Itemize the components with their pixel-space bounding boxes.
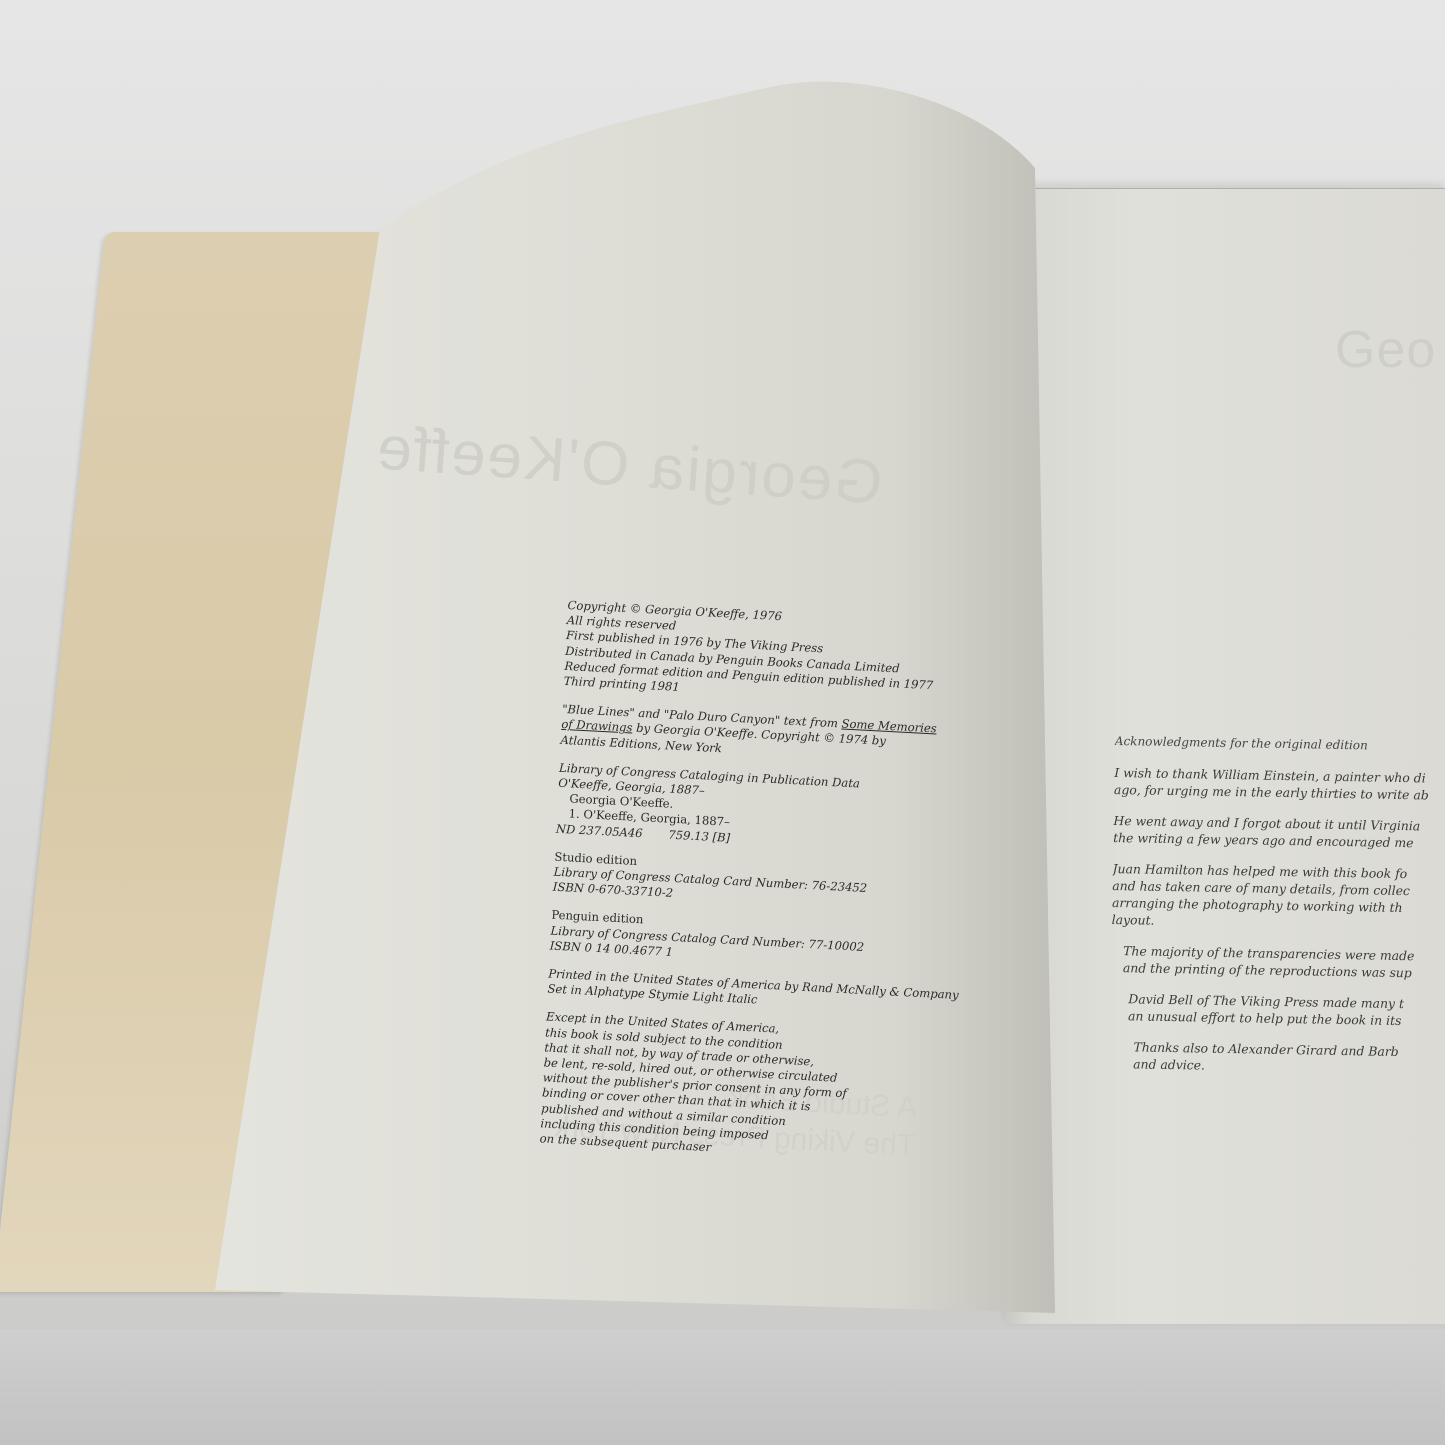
copyright-page-text: Copyright © Georgia O'Keeffe, 1976 All r… <box>539 598 1008 1183</box>
ack-paragraph: Thanks also to Alexander Girard and Barb… <box>1109 1038 1445 1078</box>
dewey-number: 759.13 [B] <box>668 827 730 844</box>
printing-info: Printed in the United States of America … <box>547 967 988 1020</box>
ack-paragraph: He went away and I forgot about it until… <box>1113 812 1445 852</box>
ack-paragraph: Juan Hamilton has helped me with this bo… <box>1112 860 1445 934</box>
ack-paragraph: The majority of the transparencies were … <box>1111 942 1445 982</box>
cip-data: Library of Congress Cataloging in Public… <box>555 761 998 860</box>
sale-conditions: Except in the United States of America, … <box>539 1010 986 1170</box>
right-page-ghost-text: Geo <box>1335 320 1436 380</box>
ack-paragraph: David Bell of The Viking Press made many… <box>1110 990 1445 1030</box>
ack-paragraph: I wish to thank William Einstein, a pain… <box>1114 764 1445 804</box>
penguin-edition: Penguin edition Library of Congress Cata… <box>549 908 991 977</box>
book-title: of Drawings <box>561 717 633 735</box>
table-surface <box>0 1330 1445 1445</box>
studio-edition: Studio edition Library of Congress Catal… <box>552 849 994 918</box>
acknowledgments: Acknowledgments for the original edition… <box>1109 733 1445 1092</box>
text-credits: "Blue Lines" and "Palo Duro Canyon" text… <box>560 702 1002 771</box>
